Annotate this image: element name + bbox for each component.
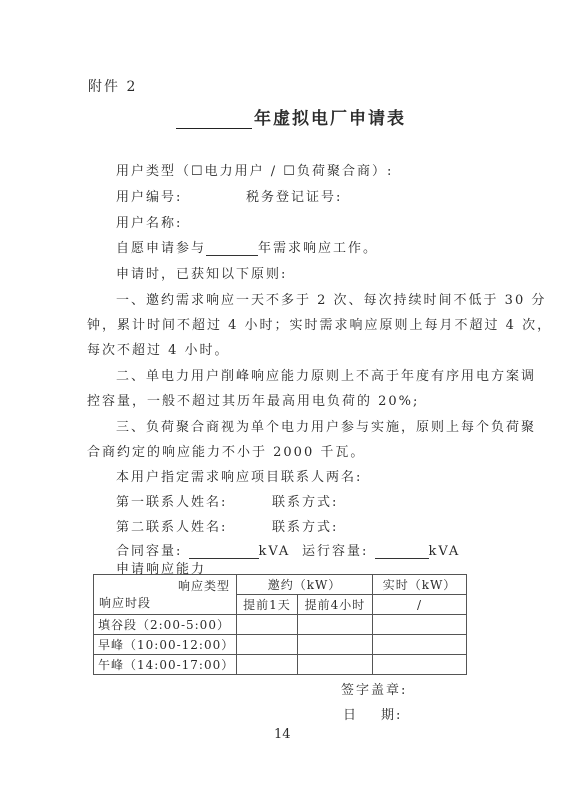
page-title: 年虚拟电厂申请表	[176, 104, 406, 129]
principle-3-line-2: 合商约定的响应能力不小于 2000 千瓦。	[87, 441, 365, 460]
user-type-field: 用户类型（☐电力用户 / ☐负荷聚合商）:	[116, 160, 393, 179]
running-capacity-line: 运行容量: kVA	[302, 540, 460, 559]
table-row: 午峰（14:00-17:00）	[94, 655, 467, 675]
header-realtime: 实时（kW）	[373, 575, 467, 595]
4h-cell[interactable]	[298, 615, 373, 635]
first-contact-method-label: 联系方式:	[272, 491, 338, 510]
table-row: 早峰（10:00-12:00）	[94, 635, 467, 655]
apply-suffix: 年需求响应工作。	[258, 241, 378, 256]
response-capacity-table: 响应类型 响应时段 邀约（kW） 实时（kW） 提前1天 提前4小时 / 填谷段…	[93, 574, 467, 675]
contacts-intro: 本用户指定需求响应项目联系人两名:	[116, 466, 362, 485]
date-label-b: 期:	[381, 704, 402, 723]
principle-2-line-2: 控容量，一般不超过其历年最高用电负荷的 20%;	[87, 390, 419, 409]
4h-cell[interactable]	[298, 635, 373, 655]
table-row: 填谷段（2:00-5:00）	[94, 615, 467, 635]
day-cell[interactable]	[237, 615, 298, 635]
user-name-label: 用户名称:	[116, 212, 182, 231]
principle-1-line-2: 钟，累计时间不超过 4 小时；实时需求响应原则上每月不超过 4 次，	[87, 314, 552, 333]
apply-year-blank[interactable]	[206, 242, 258, 256]
running-capacity-unit: kVA	[429, 544, 461, 559]
subheader-realtime: /	[373, 595, 467, 615]
user-id-label: 用户编号:	[116, 186, 182, 205]
title-text: 年虚拟电厂申请表	[254, 109, 406, 129]
attachment-label: 附件 2	[88, 76, 137, 96]
principle-1-line-1: 一、邀约需求响应一天不多于 2 次、每次持续时间不低于 30 分	[116, 289, 546, 308]
period-cell: 早峰（10:00-12:00）	[94, 635, 237, 655]
subheader-1-day: 提前1天	[237, 595, 298, 615]
4h-cell[interactable]	[298, 655, 373, 675]
period-cell: 填谷段（2:00-5:00）	[94, 615, 237, 635]
day-cell[interactable]	[237, 635, 298, 655]
signature-stamp-label: 签字盖章:	[341, 679, 407, 698]
header-invite: 邀约（kW）	[237, 575, 373, 595]
contract-capacity-blank[interactable]	[189, 545, 259, 559]
apply-line: 自愿申请参与年需求响应工作。	[116, 237, 378, 256]
second-contact-name-label: 第二联系人姓名:	[116, 516, 227, 535]
period-cell: 午峰（14:00-17:00）	[94, 655, 237, 675]
principle-2-line-1: 二、单电力用户削峰响应能力原则上不高于年度有序用电方案调	[116, 365, 536, 384]
principle-3-line-1: 三、负荷聚合商视为单个电力用户参与实施，原则上每个负荷聚	[116, 416, 536, 435]
principle-1-line-3: 每次不超过 4 小时。	[87, 339, 230, 358]
day-cell[interactable]	[237, 655, 298, 675]
first-contact-name-label: 第一联系人姓名:	[116, 491, 227, 510]
second-contact-method-label: 联系方式:	[272, 516, 338, 535]
header-corner-cell: 响应类型 响应时段	[94, 575, 237, 615]
page-number: 14	[274, 727, 291, 742]
running-capacity-blank[interactable]	[375, 545, 429, 559]
date-label-a: 日	[343, 704, 358, 723]
contract-capacity-line: 合同容量: kVA	[116, 540, 290, 559]
realtime-cell[interactable]	[373, 635, 467, 655]
apply-prefix: 自愿申请参与	[116, 241, 206, 256]
year-blank[interactable]	[176, 112, 252, 129]
contract-capacity-label: 合同容量:	[116, 544, 182, 559]
running-capacity-label: 运行容量:	[302, 544, 368, 559]
tax-id-label: 税务登记证号:	[246, 186, 342, 205]
realtime-cell[interactable]	[373, 615, 467, 635]
principles-intro: 申请时，已获知以下原则:	[116, 263, 287, 282]
realtime-cell[interactable]	[373, 655, 467, 675]
header-response-period: 响应时段	[99, 594, 151, 611]
header-response-type: 响应类型	[178, 577, 230, 594]
contract-capacity-unit: kVA	[259, 544, 291, 559]
subheader-4-hours: 提前4小时	[298, 595, 373, 615]
